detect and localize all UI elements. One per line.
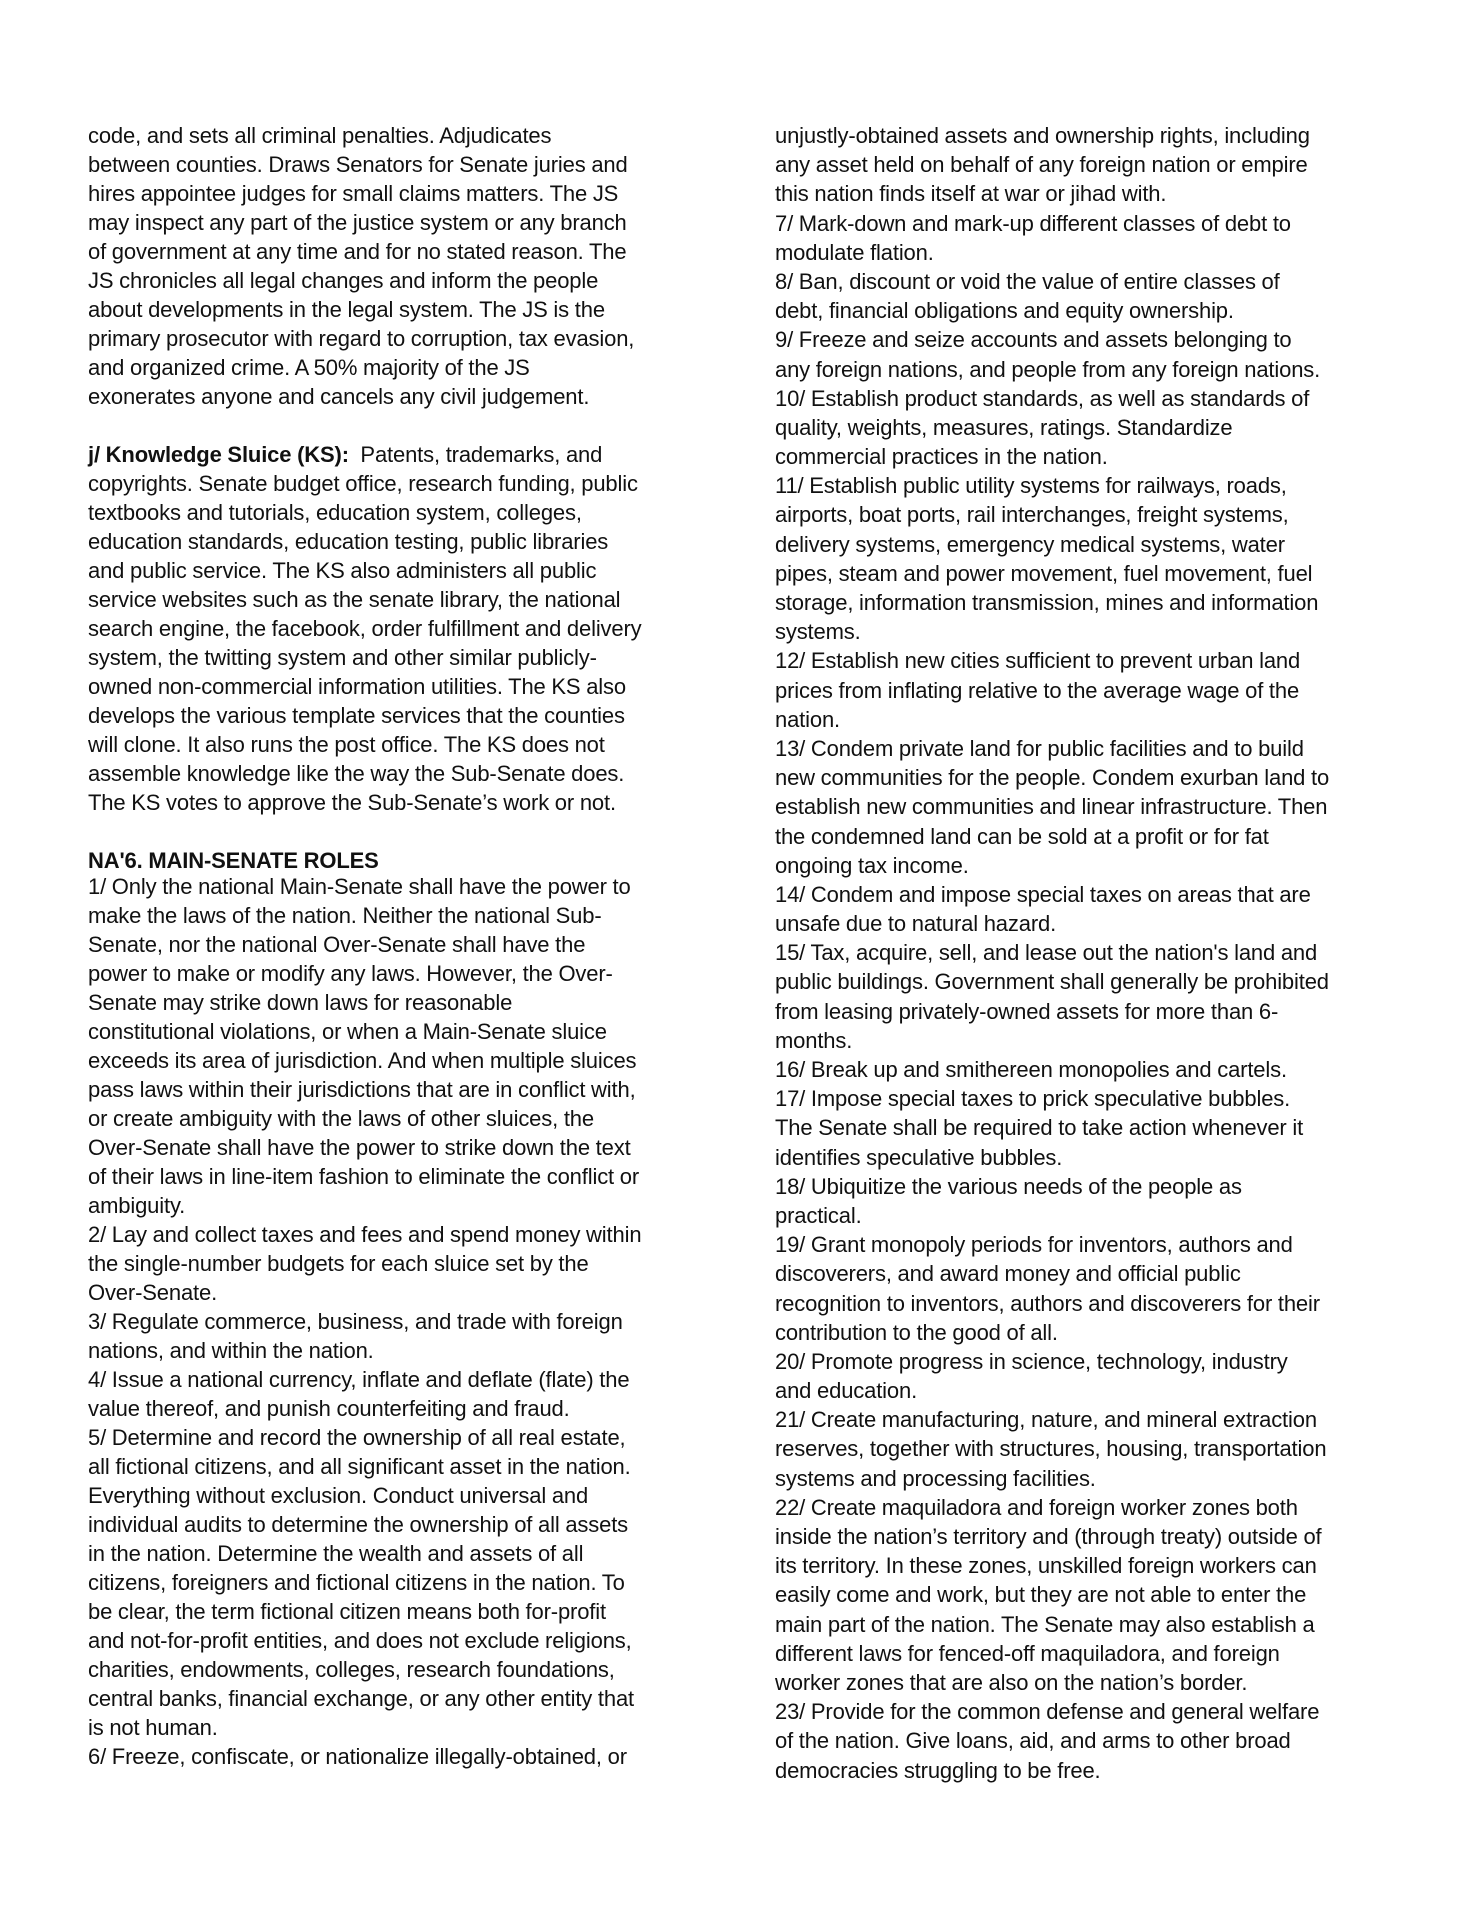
list-item-line: 19/ Grant monopoly periods for inventors… — [775, 1230, 1425, 1259]
list-item-line: systems. — [775, 617, 1425, 646]
text-line: will clone. It also runs the post office… — [88, 730, 738, 759]
list-item-line: is not human. — [88, 1713, 738, 1742]
list-item-line: 12/ Establish new cities sufficient to p… — [775, 646, 1425, 675]
list-item-line: exceeds its area of jurisdiction. And wh… — [88, 1046, 738, 1075]
list-item-line: 1/ Only the national Main-Senate shall h… — [88, 872, 738, 901]
paragraph-gap — [88, 817, 738, 846]
text-line: develops the various template services t… — [88, 701, 738, 730]
list-item-line: 23/ Provide for the common defense and g… — [775, 1697, 1425, 1726]
list-item-line: value thereof, and punish counterfeiting… — [88, 1394, 738, 1423]
text-line: j/ Knowledge Sluice (KS): Patents, trade… — [88, 440, 738, 469]
list-item-line: make the laws of the nation. Neither the… — [88, 901, 738, 930]
list-item-line: or create ambiguity with the laws of oth… — [88, 1104, 738, 1133]
list-item-line: Senate may strike down laws for reasonab… — [88, 988, 738, 1017]
list-item-line: and education. — [775, 1376, 1425, 1405]
list-item-line: quality, weights, measures, ratings. Sta… — [775, 413, 1425, 442]
list-item-line: individual audits to determine the owner… — [88, 1510, 738, 1539]
list-item-line: 15/ Tax, acquire, sell, and lease out th… — [775, 938, 1425, 967]
list-item-line: 13/ Condem private land for public facil… — [775, 734, 1425, 763]
list-item-line: Over-Senate. — [88, 1278, 738, 1307]
list-item-line: modulate flation. — [775, 238, 1425, 267]
list-item-line: 10/ Establish product standards, as well… — [775, 384, 1425, 413]
document-page: code, and sets all criminal penalties. A… — [0, 0, 1484, 1920]
list-item-line: 8/ Ban, discount or void the value of en… — [775, 267, 1425, 296]
ks-label: j/ Knowledge Sluice (KS): — [88, 442, 349, 467]
list-item-line: Senate, nor the national Over-Senate sha… — [88, 930, 738, 959]
main-senate-roles-list: 1/ Only the national Main-Senate shall h… — [88, 872, 738, 1771]
text-line: search engine, the facebook, order fulfi… — [88, 614, 738, 643]
text-line: and organized crime. A 50% majority of t… — [88, 353, 738, 382]
list-item-line: establish new communities and linear inf… — [775, 792, 1425, 821]
text-line: and public service. The KS also administ… — [88, 556, 738, 585]
list-item-line: new communities for the people. Condem e… — [775, 763, 1425, 792]
text-line: system, the twitting system and other si… — [88, 643, 738, 672]
list-item-line: its territory. In these zones, unskilled… — [775, 1551, 1425, 1580]
list-item-line: 20/ Promote progress in science, technol… — [775, 1347, 1425, 1376]
text-line: of government at any time and for no sta… — [88, 237, 738, 266]
text-line: code, and sets all criminal penalties. A… — [88, 121, 738, 150]
text-line: assemble knowledge like the way the Sub-… — [88, 759, 738, 788]
text-line: education standards, education testing, … — [88, 527, 738, 556]
list-item-line: constitutional violations, or when a Mai… — [88, 1017, 738, 1046]
list-item-line: ambiguity. — [88, 1191, 738, 1220]
list-item-line: democracies struggling to be free. — [775, 1756, 1425, 1785]
list-item-line: inside the nation’s territory and (throu… — [775, 1522, 1425, 1551]
list-item-line: delivery systems, emergency medical syst… — [775, 530, 1425, 559]
list-item-line: 6/ Freeze, confiscate, or nationalize il… — [88, 1742, 738, 1771]
list-item-line: recognition to inventors, authors and di… — [775, 1289, 1425, 1318]
list-item-line: 14/ Condem and impose special taxes on a… — [775, 880, 1425, 909]
list-item-line: practical. — [775, 1201, 1425, 1230]
list-item-line: unsafe due to natural hazard. — [775, 909, 1425, 938]
list-item-line: The Senate shall be required to take act… — [775, 1113, 1425, 1142]
text-line: service websites such as the senate libr… — [88, 585, 738, 614]
list-item-line: main part of the nation. The Senate may … — [775, 1610, 1425, 1639]
list-item-line: systems and processing facilities. — [775, 1464, 1425, 1493]
list-item-line: power to make or modify any laws. Howeve… — [88, 959, 738, 988]
list-item-line: nation. — [775, 705, 1425, 734]
list-item-line: Over-Senate shall have the power to stri… — [88, 1133, 738, 1162]
ks-first-line-text: Patents, trademarks, and — [349, 442, 602, 467]
text-line: hires appointee judges for small claims … — [88, 179, 738, 208]
list-item-line: 21/ Create manufacturing, nature, and mi… — [775, 1405, 1425, 1434]
list-item-line: contribution to the good of all. — [775, 1318, 1425, 1347]
list-item-line: easily come and work, but they are not a… — [775, 1580, 1425, 1609]
list-item-line: from leasing privately-owned assets for … — [775, 997, 1425, 1026]
text-line: copyrights. Senate budget office, resear… — [88, 469, 738, 498]
list-item-line: 17/ Impose special taxes to prick specul… — [775, 1084, 1425, 1113]
list-item-line: 22/ Create maquiladora and foreign worke… — [775, 1493, 1425, 1522]
text-line: textbooks and tutorials, education syste… — [88, 498, 738, 527]
list-item-line: pass laws within their jurisdictions tha… — [88, 1075, 738, 1104]
list-item-line: 4/ Issue a national currency, inflate an… — [88, 1365, 738, 1394]
right-column: unjustly-obtained assets and ownership r… — [775, 121, 1425, 1785]
list-item-line: in the nation. Determine the wealth and … — [88, 1539, 738, 1568]
list-item-line: commercial practices in the nation. — [775, 442, 1425, 471]
list-item-line: the condemned land can be sold at a prof… — [775, 822, 1425, 851]
list-item-line: identifies speculative bubbles. — [775, 1143, 1425, 1172]
list-item-line: 11/ Establish public utility systems for… — [775, 471, 1425, 500]
list-item-line: different laws for fenced-off maquilador… — [775, 1639, 1425, 1668]
list-item-line: 5/ Determine and record the ownership of… — [88, 1423, 738, 1452]
list-item-line: of the nation. Give loans, aid, and arms… — [775, 1726, 1425, 1755]
text-line: between counties. Draws Senators for Sen… — [88, 150, 738, 179]
list-item-line: citizens, foreigners and fictional citiz… — [88, 1568, 738, 1597]
text-line: about developments in the legal system. … — [88, 295, 738, 324]
list-item-line: 16/ Break up and smithereen monopolies a… — [775, 1055, 1425, 1084]
list-item-line: worker zones that are also on the nation… — [775, 1668, 1425, 1697]
text-line: primary prosecutor with regard to corrup… — [88, 324, 738, 353]
paragraph-gap — [88, 411, 738, 440]
list-item-line: months. — [775, 1026, 1425, 1055]
list-item-line: of their laws in line-item fashion to el… — [88, 1162, 738, 1191]
list-item-line: prices from inflating relative to the av… — [775, 676, 1425, 705]
list-item-line: the single-number budgets for each sluic… — [88, 1249, 738, 1278]
left-column: code, and sets all criminal penalties. A… — [88, 121, 738, 1771]
ks-paragraph: j/ Knowledge Sluice (KS): Patents, trade… — [88, 440, 738, 817]
list-item-line: unjustly-obtained assets and ownership r… — [775, 121, 1425, 150]
text-line: JS chronicles all legal changes and info… — [88, 266, 738, 295]
text-line: owned non-commercial information utiliti… — [88, 672, 738, 701]
section-heading: NA'6. MAIN-SENATE ROLES — [88, 846, 738, 872]
list-item-line: central banks, financial exchange, or an… — [88, 1684, 738, 1713]
list-item-line: be clear, the term fictional citizen mea… — [88, 1597, 738, 1626]
list-item-line: all fictional citizens, and all signific… — [88, 1452, 738, 1481]
list-item-line: and not-for-profit entities, and does no… — [88, 1626, 738, 1655]
list-item-line: storage, information transmission, mines… — [775, 588, 1425, 617]
list-item-line: public buildings. Government shall gener… — [775, 967, 1425, 996]
list-item-line: any foreign nations, and people from any… — [775, 355, 1425, 384]
list-item-line: any asset held on behalf of any foreign … — [775, 150, 1425, 179]
list-item-line: 3/ Regulate commerce, business, and trad… — [88, 1307, 738, 1336]
list-item-line: 9/ Freeze and seize accounts and assets … — [775, 325, 1425, 354]
text-line: The KS votes to approve the Sub-Senate’s… — [88, 788, 738, 817]
list-item-line: 2/ Lay and collect taxes and fees and sp… — [88, 1220, 738, 1249]
list-item-line: nations, and within the nation. — [88, 1336, 738, 1365]
list-item-line: ongoing tax income. — [775, 851, 1425, 880]
list-item-line: discoverers, and award money and officia… — [775, 1259, 1425, 1288]
list-item-line: airports, boat ports, rail interchanges,… — [775, 500, 1425, 529]
list-item-line: this nation finds itself at war or jihad… — [775, 179, 1425, 208]
list-item-line: reserves, together with structures, hous… — [775, 1434, 1425, 1463]
js-paragraph: code, and sets all criminal penalties. A… — [88, 121, 738, 411]
text-line: may inspect any part of the justice syst… — [88, 208, 738, 237]
list-item-line: pipes, steam and power movement, fuel mo… — [775, 559, 1425, 588]
list-item-line: 18/ Ubiquitize the various needs of the … — [775, 1172, 1425, 1201]
text-line: exonerates anyone and cancels any civil … — [88, 382, 738, 411]
list-item-line: Everything without exclusion. Conduct un… — [88, 1481, 738, 1510]
list-item-line: charities, endowments, colleges, researc… — [88, 1655, 738, 1684]
list-item-line: debt, financial obligations and equity o… — [775, 296, 1425, 325]
list-item-line: 7/ Mark-down and mark-up different class… — [775, 209, 1425, 238]
